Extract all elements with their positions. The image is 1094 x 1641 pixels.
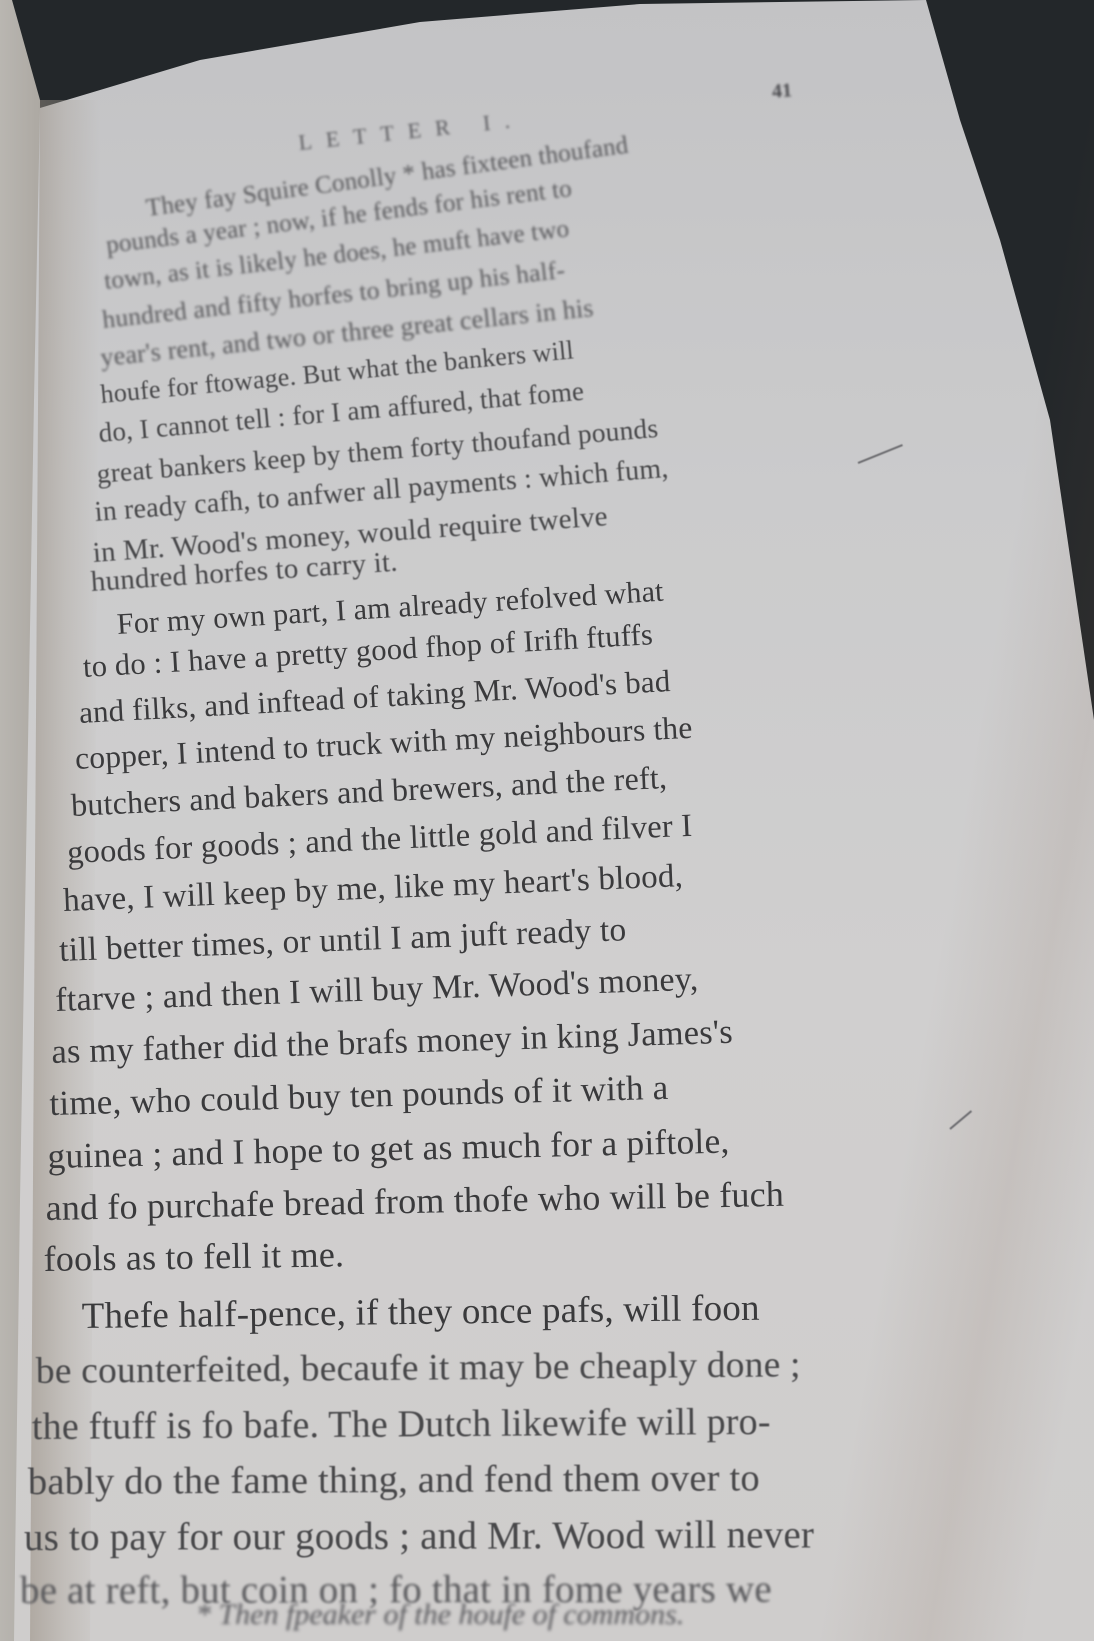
page-number: 41 <box>771 79 793 103</box>
footnote: * Then fpeaker of the houfe of commons. <box>196 1598 684 1632</box>
text-line: the ftuff is fo bafe. The Dutch likewife… <box>32 1400 771 1449</box>
text-line: bably do the fame thing, and fend them o… <box>28 1456 760 1504</box>
text-line: fools as to fell it me. <box>43 1233 344 1280</box>
text-line: us to pay for our goods ; and Mr. Wood w… <box>24 1512 814 1560</box>
text-line: Thefe half-pence, if they once pafs, wil… <box>81 1287 759 1338</box>
text-line: be counterfeited, becaufe it may be chea… <box>36 1343 801 1393</box>
book-photo: 41 LETTER I. They fay Squire Conolly * h… <box>0 0 1094 1641</box>
